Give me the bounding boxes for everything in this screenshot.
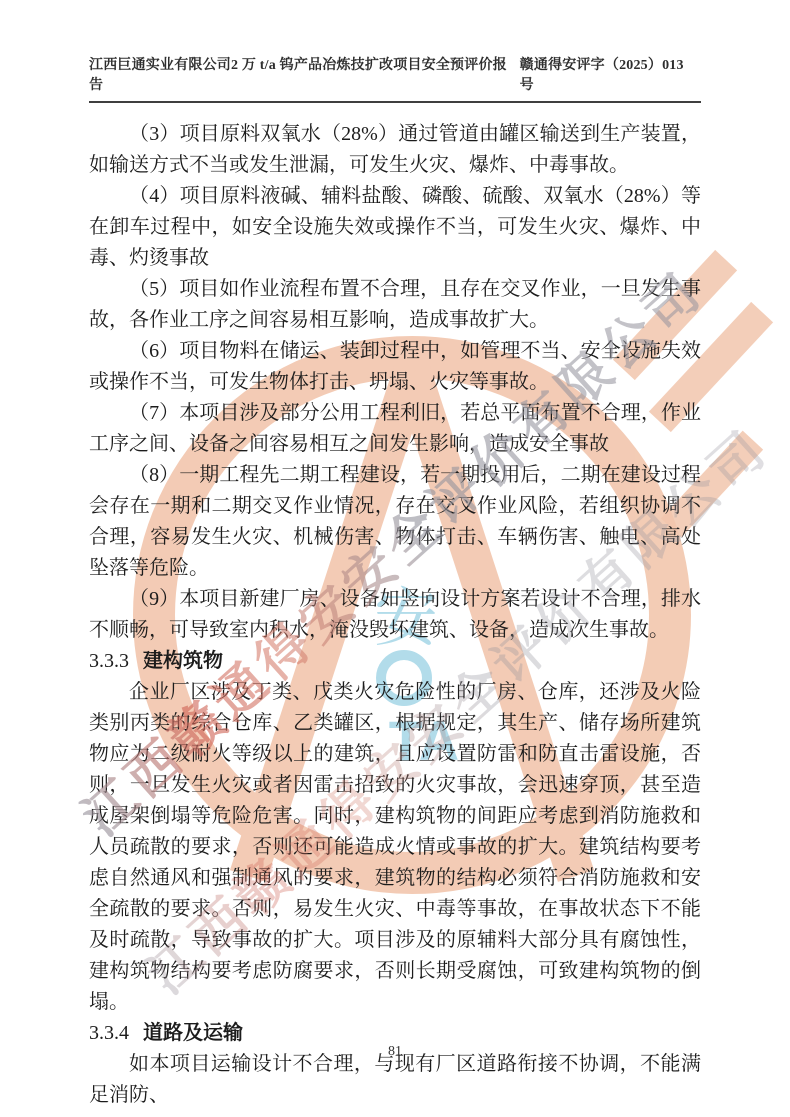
section-number-3-3-4: 3.3.4 [89,1022,129,1044]
numbered-paragraph-7: （7）本项目涉及部分公用工程利旧，若总平面布置不合理，作业工序之间、设备之间容易… [89,398,701,460]
numbered-paragraph-3: （3）项目原料双氧水（28%）通过管道由罐区输送到生产装置，如输送方式不当或发生… [89,119,701,181]
section-number-3-3-3: 3.3.3 [89,650,129,672]
numbered-paragraph-9: （9）本项目新建厂房、设备如竖向设计方案若设计不合理，排水不顺畅，可导致室内积水… [89,584,701,646]
page-content: 江西巨通实业有限公司2 万 t/a 钨产品冶炼技扩改项目安全预评价报告 赣通得安… [0,0,790,1111]
section-heading-3-3-3: 3.3.3 建构筑物 [89,646,701,677]
section-title-roads-transport: 道路及运输 [143,1022,243,1044]
header-report-title: 江西巨通实业有限公司2 万 t/a 钨产品冶炼技扩改项目安全预评价报告 [89,54,520,94]
page-footer: 81 [0,1044,790,1060]
header-doc-number: 赣通得安评字（2025）013 号 [520,54,701,94]
document-body: （3）项目原料双氧水（28%）通过管道由罐区输送到生产装置，如输送方式不当或发生… [89,119,701,1111]
section-title-buildings: 建构筑物 [143,650,223,672]
page-number: 81 [388,1044,402,1059]
page-header: 江西巨通实业有限公司2 万 t/a 钨产品冶炼技扩改项目安全预评价报告 赣通得安… [89,54,701,103]
numbered-paragraph-5: （5）项目如作业流程布置不合理，且存在交叉作业，一旦发生事故，各作业工序之间容易… [89,274,701,336]
section-3-3-3-paragraph: 企业厂区涉及丁类、戊类火灾危险性的厂房、仓库，还涉及火险类别丙类的综合仓库、乙类… [89,677,701,1018]
numbered-paragraph-6: （6）项目物料在储运、装卸过程中，如管理不当、安全设施失效或操作不当，可发生物体… [89,336,701,398]
document-page: 安 TA 江西赣通得安安全评价有限公司 江西赣通得安安全评价有限公司 江西巨通实… [0,0,790,1117]
numbered-paragraph-8: （8）一期工程先二期工程建设，若一期投用后，二期在建设过程会存在一期和二期交叉作… [89,460,701,584]
numbered-paragraph-4: （4）项目原料液碱、辅料盐酸、磷酸、硫酸、双氧水（28%）等在卸车过程中，如安全… [89,181,701,274]
